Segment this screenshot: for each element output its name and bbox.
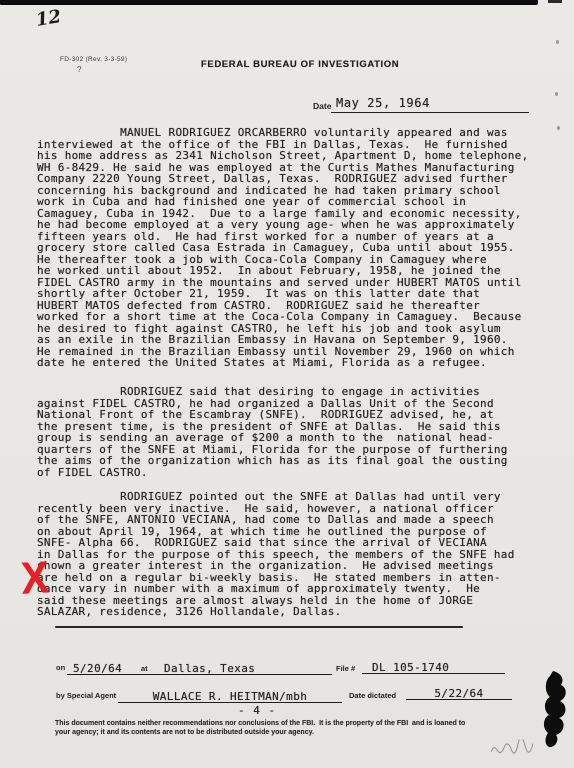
footer-file-value: DL 105-1740 (362, 661, 449, 674)
date-underline (331, 112, 529, 113)
page-number: - 4 - (238, 704, 276, 717)
handwritten-page-number: 12 (35, 6, 63, 31)
paragraph-1: MANUEL RODRIGUEZ ORCARBERRO voluntarily … (37, 127, 549, 369)
footer-dictated-field: 5/22/64 (406, 684, 512, 700)
margin-x-mark: X (20, 551, 50, 604)
footer-dictated-value: 5/22/64 (434, 687, 483, 700)
footer-file-field: DL 105-1740 (362, 658, 505, 674)
footer-agent-field: WALLACE R. HEITMAN/mbh (118, 687, 342, 703)
footer-at-field: Dallas, Texas (154, 659, 332, 675)
document-title: FEDERAL BUREAU OF INVESTIGATION (201, 59, 399, 70)
footer-separator-line (55, 626, 463, 628)
form-number: FD-302 (Rev. 3-3-59) (60, 56, 127, 63)
footer-agent-label: by Special Agent (56, 691, 116, 700)
scan-speck (557, 126, 560, 130)
scanned-document-page: 12 FD-302 (Rev. 3-3-59) ? FEDERAL BUREAU… (0, 0, 574, 768)
footer-agent-value: WALLACE R. HEITMAN/mbh (153, 690, 308, 703)
footer-dictated-label: Date dictated (349, 691, 396, 700)
footer-on-value: 5/20/64 (67, 662, 122, 675)
scan-speck (555, 92, 558, 96)
paragraph-2: RODRIGUEZ said that desiring to engage i… (37, 386, 549, 478)
scan-edge-bar (0, 0, 538, 5)
disclaimer-text: This document contains neither recommend… (55, 719, 537, 737)
handwriting-scribble (490, 738, 539, 755)
scan-edge-mark (548, 0, 562, 3)
date-value: May 25, 1964 (336, 96, 430, 110)
footer-on-label: on (56, 663, 65, 672)
paragraph-3: RODRIGUEZ pointed out the SNFE at Dallas… (37, 491, 549, 618)
footer-file-label: File # (336, 664, 355, 673)
scan-speck (556, 40, 559, 44)
form-stray-mark: ? (77, 65, 81, 74)
footer-at-value: Dallas, Texas (154, 662, 255, 675)
date-label: Date (313, 101, 331, 111)
ink-blot (541, 671, 571, 751)
footer-at-label: at (141, 664, 148, 673)
